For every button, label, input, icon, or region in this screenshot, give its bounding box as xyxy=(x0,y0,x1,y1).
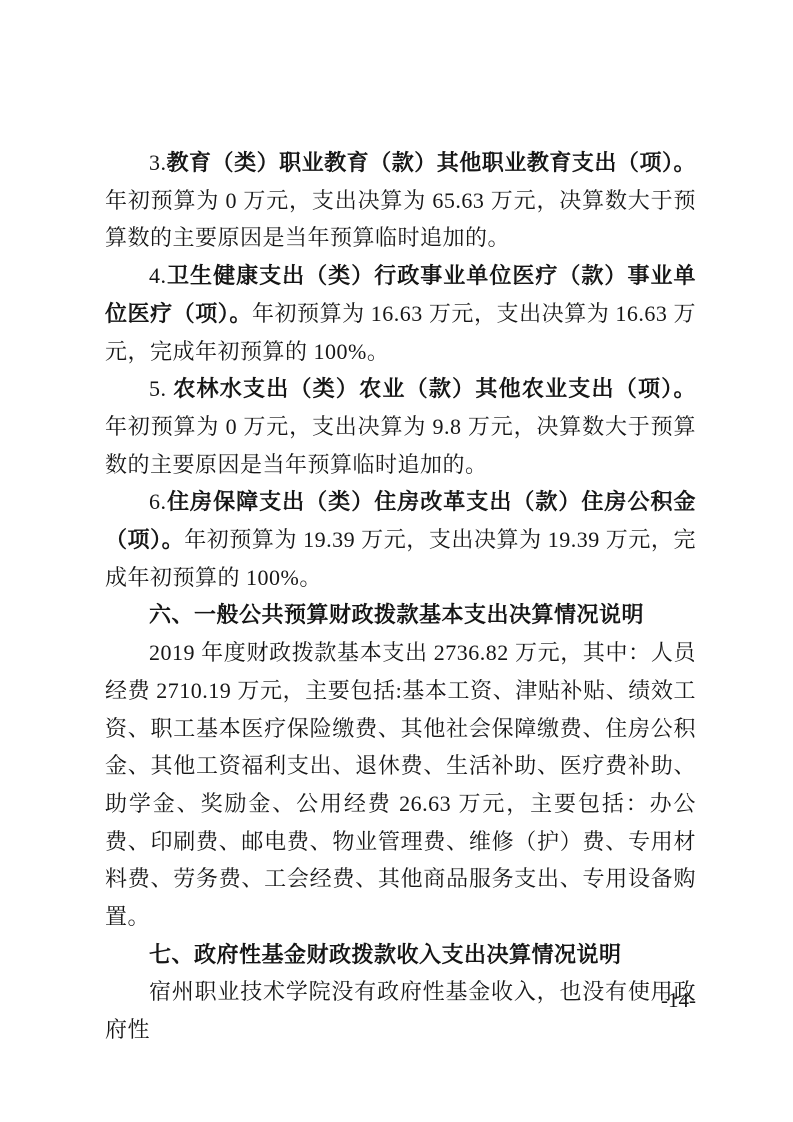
document-body: 3.教育（类）职业教育（款）其他职业教育支出（项）。年初预算为 0 万元，支出决… xyxy=(105,144,696,1049)
page-number: -14- xyxy=(105,988,696,1012)
paragraph-item-3: 3.教育（类）职业教育（款）其他职业教育支出（项）。年初预算为 0 万元，支出决… xyxy=(105,144,696,257)
section-heading-seven: 七、政府性基金财政拨款收入支出决算情况说明 xyxy=(105,936,696,974)
paragraph-number: 3. xyxy=(149,150,167,175)
paragraph-number: 4. xyxy=(149,263,167,288)
paragraph-number: 6. xyxy=(149,489,167,514)
section-six-body: 2019 年度财政拨款基本支出 2736.82 万元，其中：人员经费 2710.… xyxy=(105,634,696,936)
paragraph-item-4: 4.卫生健康支出（类）行政事业单位医疗（款）事业单位医疗（项）。年初预算为 16… xyxy=(105,257,696,370)
paragraph-text: 年初预算为 19.39 万元，支出决算为 19.39 万元，完成年初预算的 10… xyxy=(105,527,696,590)
document-page: 3.教育（类）职业教育（款）其他职业教育支出（项）。年初预算为 0 万元，支出决… xyxy=(0,0,793,1122)
paragraph-item-6: 6.住房保障支出（类）住房改革支出（款）住房公积金（项）。年初预算为 19.39… xyxy=(105,483,696,596)
paragraph-lead-bold: 教育（类）职业教育（款）其他职业教育支出（项）。 xyxy=(167,150,697,175)
paragraph-lead-bold: 农林水支出（类）农业（款）其他农业支出（项）。 xyxy=(173,376,696,401)
paragraph-text: 年初预算为 0 万元，支出决算为 65.63 万元，决算数大于预算数的主要原因是… xyxy=(105,188,696,251)
paragraph-item-5: 5. 农林水支出（类）农业（款）其他农业支出（项）。年初预算为 0 万元，支出决… xyxy=(105,370,696,483)
paragraph-number: 5. xyxy=(149,376,173,401)
paragraph-text: 年初预算为 0 万元，支出决算为 9.8 万元，决算数大于预算数的主要原因是当年… xyxy=(105,414,696,477)
section-heading-six: 六、一般公共预算财政拨款基本支出决算情况说明 xyxy=(105,596,696,634)
